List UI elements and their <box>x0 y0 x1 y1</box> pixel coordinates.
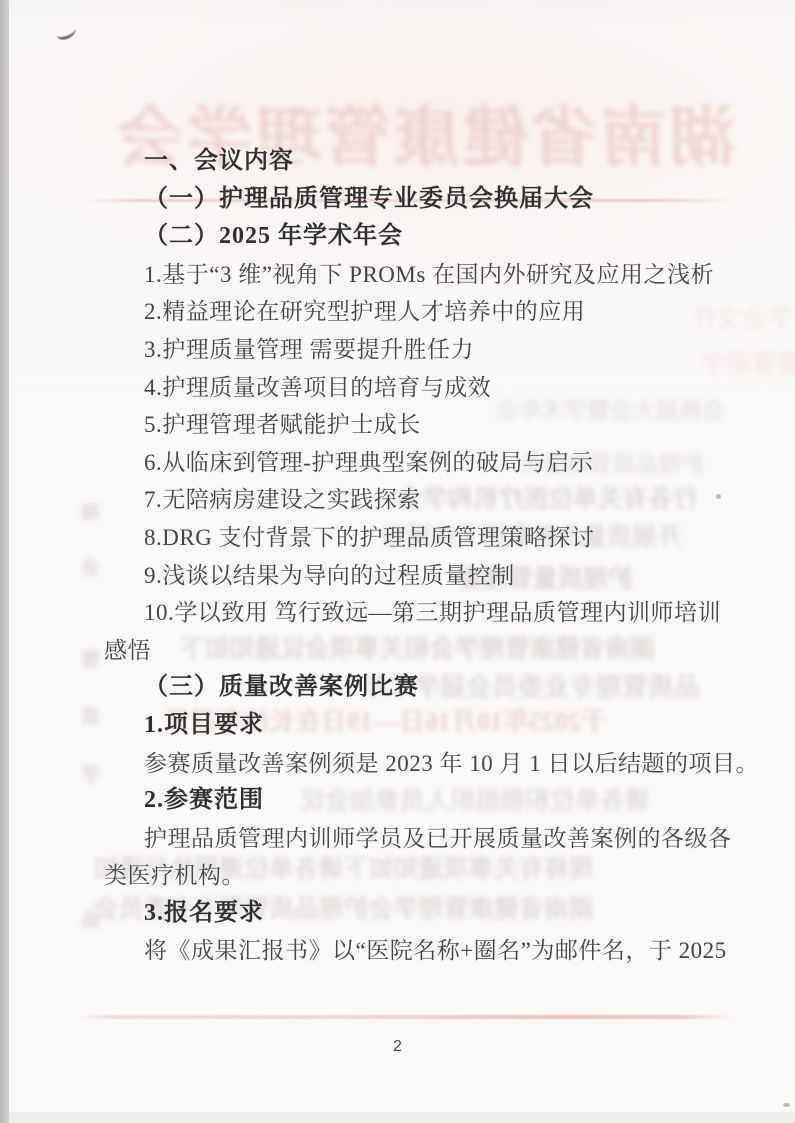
subheading-committee-reelection: （一）护理品质管理专业委员会换届大会 <box>104 181 754 219</box>
agenda-item-2: 2.精益理论在研究型护理人才培养中的应用 <box>104 293 754 331</box>
agenda-item-6: 6.从临床到管理-护理典型案例的破局与启示 <box>104 444 754 482</box>
page-number: 2 <box>0 1038 795 1056</box>
agenda-item-3: 3.护理质量管理 需要提升胜任力 <box>104 331 754 369</box>
agenda-item-10: 10.学以致用 笃行致远—第三期护理品质管理内训师培训 <box>104 594 754 632</box>
paragraph-registration-requirements: 将《成果汇报书》以“医院名称+圈名”为邮件名，于 2025 <box>104 932 754 970</box>
scanner-edge-left <box>0 0 9 1123</box>
subheading-quality-improvement-contest: （三）质量改善案例比赛 <box>104 669 754 707</box>
agenda-item-1: 1.基于“3 维”视角下 PROMs 在国内外研究及应用之浅析 <box>104 256 754 294</box>
agenda-item-7: 7.无陪病房建设之实践探索 <box>104 481 754 519</box>
heading-project-requirements: 1.项目要求 <box>104 707 754 745</box>
paragraph-project-requirements: 参赛质量改善案例须是 2023 年 10 月 1 日以后结题的项目。 <box>104 745 754 783</box>
heading-participation-scope: 2.参赛范围 <box>104 782 754 820</box>
subheading-2025-academic-conference: （二）2025 年学术年会 <box>104 218 754 256</box>
agenda-item-5: 5.护理管理者赋能护士成长 <box>104 406 754 444</box>
paragraph-participation-scope-continuation: 类医疗机构。 <box>104 857 754 895</box>
agenda-item-9: 9.浅谈以结果为导向的过程质量控制 <box>104 557 754 595</box>
section-heading-meeting-content: 一、会议内容 <box>104 143 754 181</box>
agenda-item-4: 4.护理质量改善项目的培育与成效 <box>104 369 754 407</box>
agenda-item-8: 8.DRG 支付背景下的护理品质管理策略探讨 <box>104 519 754 557</box>
heading-registration-requirements: 3.报名要求 <box>104 895 754 933</box>
document-body: 一、会议内容 （一）护理品质管理专业委员会换届大会 （二）2025 年学术年会 … <box>104 143 754 970</box>
paragraph-participation-scope: 护理品质管理内训师学员及已开展质量改善案例的各级各 <box>104 820 754 858</box>
scanner-edge-bottom <box>9 1112 795 1123</box>
agenda-item-10-continuation: 感悟 <box>104 632 754 670</box>
scanned-document-page: 湖南省健康管理学会 学会文件 健管函字 会换届大会暨学术年会 护理品质管理委员 … <box>0 0 795 1123</box>
